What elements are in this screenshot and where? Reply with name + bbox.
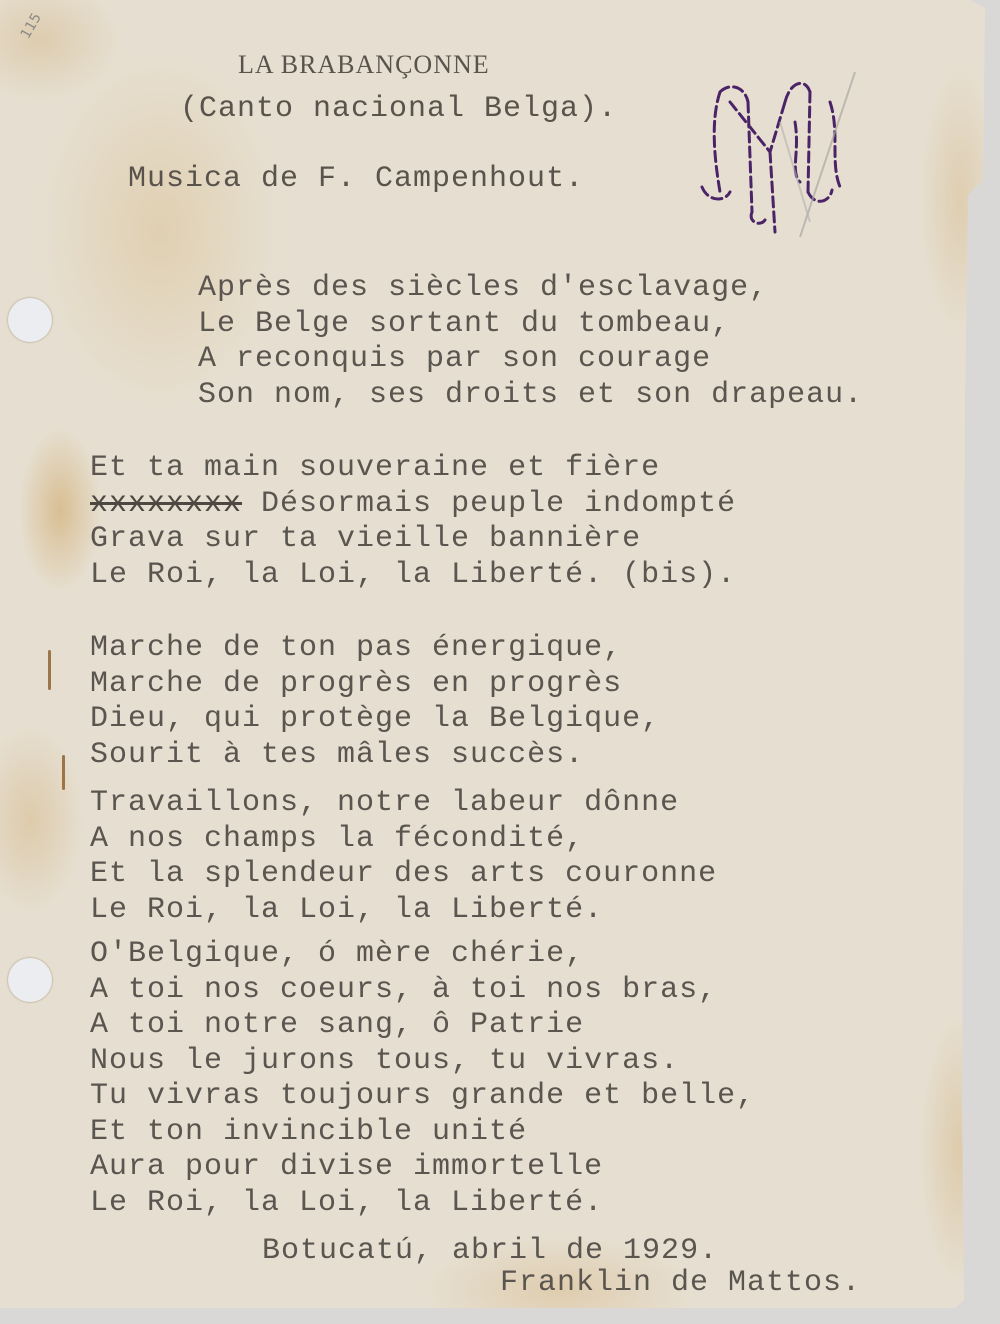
monogram-stamp-icon [690, 62, 860, 242]
lyric-line: A reconquis par son courage [198, 342, 863, 378]
lyric-line: A toi nos coeurs, à toi nos bras, [90, 973, 755, 1009]
lyric-line: Et ton invincible unité [90, 1115, 755, 1151]
lyric-line-text: Désormais peuple indompté [242, 487, 736, 521]
lyric-line: Tu vivras toujours grande et belle, [90, 1079, 755, 1115]
composer-credit: Musica de F. Campenhout. [128, 162, 584, 196]
lyric-line: Marche de progrès en progrès [90, 667, 660, 703]
lyric-line: Le Roi, la Loi, la Liberté. [90, 1186, 755, 1222]
binder-hole-top [8, 298, 52, 342]
lyric-line: Sourit à tes mâles succès. [90, 738, 660, 774]
song-title: LA BRABANÇONNE [238, 50, 490, 80]
lyric-line: Le Roi, la Loi, la Liberté. [90, 893, 717, 929]
lyric-line: Après des siècles d'esclavage, [198, 271, 863, 307]
author-signature: Franklin de Mattos. [500, 1266, 861, 1300]
lyric-line: Et ta main souveraine et fière [90, 451, 736, 487]
stanza-2: Et ta main souveraine et fière xxxxxxxx … [90, 451, 736, 593]
lyric-line: Aura pour divise immortelle [90, 1150, 755, 1186]
lyric-line: Nous le jurons tous, tu vivras. [90, 1044, 755, 1080]
stanza-3: Marche de ton pas énergique, Marche de p… [90, 631, 660, 773]
lyric-line: O'Belgique, ó mère chérie, [90, 937, 755, 973]
lyric-line: A nos champs la fécondité, [90, 822, 717, 858]
lyric-line: Marche de ton pas énergique, [90, 631, 660, 667]
lyric-line: Et la splendeur des arts couronne [90, 857, 717, 893]
lyric-line: Le Belge sortant du tombeau, [198, 307, 863, 343]
lyric-line: A toi notre sang, ô Patrie [90, 1008, 755, 1044]
stanza-1: Après des siècles d'esclavage, Le Belge … [198, 271, 863, 413]
struck-out-text: xxxxxxxx [90, 487, 242, 521]
typewritten-page: 115 LA BRABANÇONNE (Canto nacional Belga… [0, 0, 985, 1308]
paper-tear-mark [48, 650, 51, 690]
lyric-line: Dieu, qui protège la Belgique, [90, 702, 660, 738]
stanza-4: Travaillons, notre labeur dônne A nos ch… [90, 786, 717, 928]
lyric-line: Le Roi, la Loi, la Liberté. (bis). [90, 558, 736, 594]
lyric-line: Travaillons, notre labeur dônne [90, 786, 717, 822]
lyric-line: Son nom, ses droits et son drapeau. [198, 378, 863, 414]
stanza-5: O'Belgique, ó mère chérie, A toi nos coe… [90, 937, 755, 1221]
lyric-line: Grava sur ta vieille bannière [90, 522, 736, 558]
song-subtitle: (Canto nacional Belga). [180, 92, 617, 126]
paper-tear-mark [62, 755, 65, 790]
place-and-date: Botucatú, abril de 1929. [262, 1234, 718, 1268]
pencil-note: 115 [18, 10, 45, 41]
lyric-line-with-strikeout: xxxxxxxx Désormais peuple indompté [90, 487, 736, 523]
binder-hole-bottom [8, 958, 52, 1002]
